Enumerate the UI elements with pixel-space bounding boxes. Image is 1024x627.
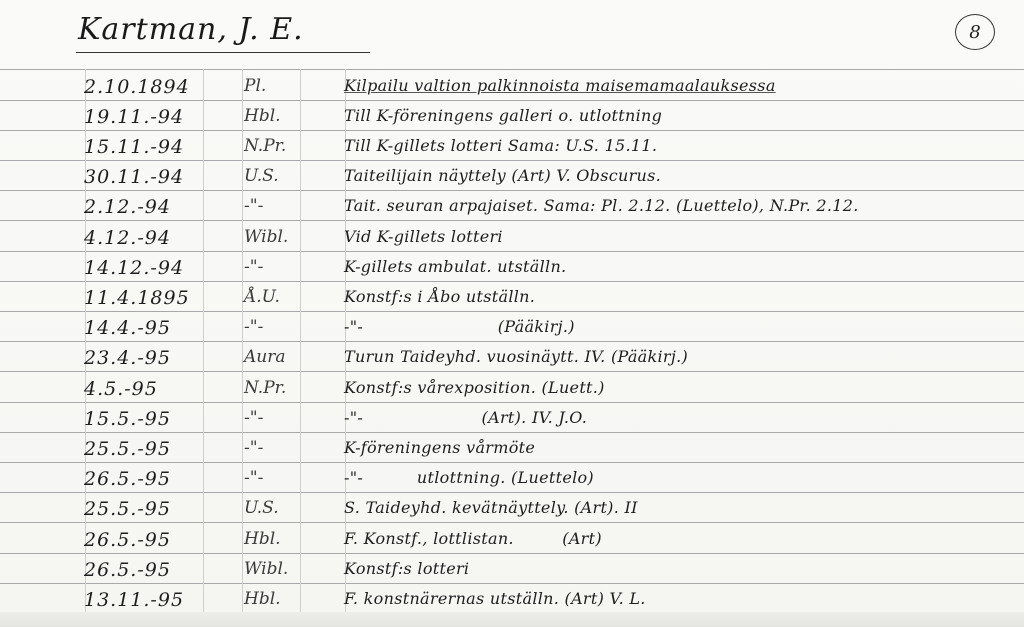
entry-description: K-gillets ambulat. utställn. [344,257,1024,276]
entry-source: Wibl. [244,227,304,247]
card-title: Kartman, J. E. [78,12,304,47]
entry-date: 14.12.-94 [84,257,204,279]
entry-description: K-föreningens vårmöte [344,438,1024,457]
page-number-circle: 8 [955,14,995,50]
entry-source: -"- [244,438,304,458]
entry-description: -"- utlottning. (Luettelo) [344,468,1024,487]
entry-description: Konstf:s lotteri [344,559,1024,578]
entry-row: 26.5.-95 Hbl. F. Konstf., lottlistan. (A… [0,525,1024,554]
entry-description: F. konstnärernas utställn. (Art) V. L. [344,589,1024,608]
entry-date: 11.4.1895 [84,287,204,309]
entry-source: Hbl. [244,589,304,609]
entry-description: Taiteilijain näyttely (Art) V. Obscurus. [344,166,1024,185]
entry-date: 25.5.-95 [84,438,204,460]
entry-date: 14.4.-95 [84,317,204,339]
entry-description: -"- (Pääkirj.) [344,317,1024,336]
entry-description: Till K-gillets lotteri Sama: U.S. 15.11. [344,136,1024,155]
entry-source: -"- [244,408,304,428]
entry-row: 26.5.-95 -"- -"- utlottning. (Luettelo) [0,464,1024,493]
entry-row: 30.11.-94 U.S. Taiteilijain näyttely (Ar… [0,162,1024,191]
entry-date: 4.5.-95 [84,378,204,400]
entry-date: 15.11.-94 [84,136,204,158]
entry-row: 25.5.-95 -"- K-föreningens vårmöte [0,434,1024,463]
entry-row: 11.4.1895 Å.U. Konstf:s i Åbo utställn. [0,283,1024,312]
entry-source: U.S. [244,166,304,186]
entry-date: 13.11.-95 [84,589,204,611]
entry-source: -"- [244,257,304,277]
entry-source: N.Pr. [244,136,304,156]
entry-row: 4.5.-95 N.Pr. Konstf:s vårexposition. (L… [0,374,1024,403]
entry-date: 4.12.-94 [84,227,204,249]
entry-row: 4.12.-94 Wibl. Vid K-gillets lotteri [0,223,1024,252]
entry-description: Konstf:s i Åbo utställn. [344,287,1024,306]
entry-source: Wibl. [244,559,304,579]
entry-source: Å.U. [244,287,304,307]
entry-source: -"- [244,196,304,216]
entry-date: 15.5.-95 [84,408,204,430]
entry-source: U.S. [244,498,304,518]
entry-date: 2.12.-94 [84,196,204,218]
entry-source: Pl. [244,76,304,96]
entry-source: Hbl. [244,529,304,549]
entry-row: 15.11.-94 N.Pr. Till K-gillets lotteri S… [0,132,1024,161]
entry-row: 15.5.-95 -"- -"- (Art). IV. J.O. [0,404,1024,433]
entry-date: 26.5.-95 [84,559,204,581]
entry-date: 2.10.1894 [84,76,204,98]
entry-description: Kilpailu valtion palkinnoista maisemamaa… [344,76,1024,95]
entry-row: 14.4.-95 -"- -"- (Pääkirj.) [0,313,1024,342]
entry-date: 26.5.-95 [84,468,204,490]
entry-date: 25.5.-95 [84,498,204,520]
entry-source: Aura [244,347,304,367]
entry-description: Turun Taideyhd. vuosinäytt. IV. (Pääkirj… [344,347,1024,366]
entry-row: 19.11.-94 Hbl. Till K-föreningens galler… [0,102,1024,131]
entry-source: -"- [244,468,304,488]
entry-date: 26.5.-95 [84,529,204,551]
entry-description: Tait. seuran arpajaiset. Sama: Pl. 2.12.… [344,196,1024,215]
entry-row: 25.5.-95 U.S. S. Taideyhd. kevätnäyttely… [0,494,1024,523]
entry-row: 23.4.-95 Aura Turun Taideyhd. vuosinäytt… [0,343,1024,372]
entry-source: Hbl. [244,106,304,126]
entry-date: 30.11.-94 [84,166,204,188]
title-underline [76,52,370,53]
entry-date: 23.4.-95 [84,347,204,369]
entry-description: S. Taideyhd. kevätnäyttely. (Art). II [344,498,1024,517]
archive-index-card: Kartman, J. E. 8 2.10.1894 Pl. Kilpailu … [0,0,1024,627]
entry-row: 14.12.-94 -"- K-gillets ambulat. utställ… [0,253,1024,282]
entry-row: 2.10.1894 Pl. Kilpailu valtion palkinnoi… [0,72,1024,101]
entry-row: 2.12.-94 -"- Tait. seuran arpajaiset. Sa… [0,192,1024,221]
entry-row: 26.5.-95 Wibl. Konstf:s lotteri [0,555,1024,584]
card-bottom-edge [0,612,1024,627]
entry-row: 13.11.-95 Hbl. F. konstnärernas utställn… [0,585,1024,614]
entry-description: F. Konstf., lottlistan. (Art) [344,529,1024,548]
entry-description: Konstf:s vårexposition. (Luett.) [344,378,1024,397]
entry-description: Till K-föreningens galleri o. utlottning [344,106,1024,125]
entry-date: 19.11.-94 [84,106,204,128]
entry-source: -"- [244,317,304,337]
ruled-line [0,69,1024,70]
entry-description: -"- (Art). IV. J.O. [344,408,1024,427]
entry-source: N.Pr. [244,378,304,398]
entry-description: Vid K-gillets lotteri [344,227,1024,246]
